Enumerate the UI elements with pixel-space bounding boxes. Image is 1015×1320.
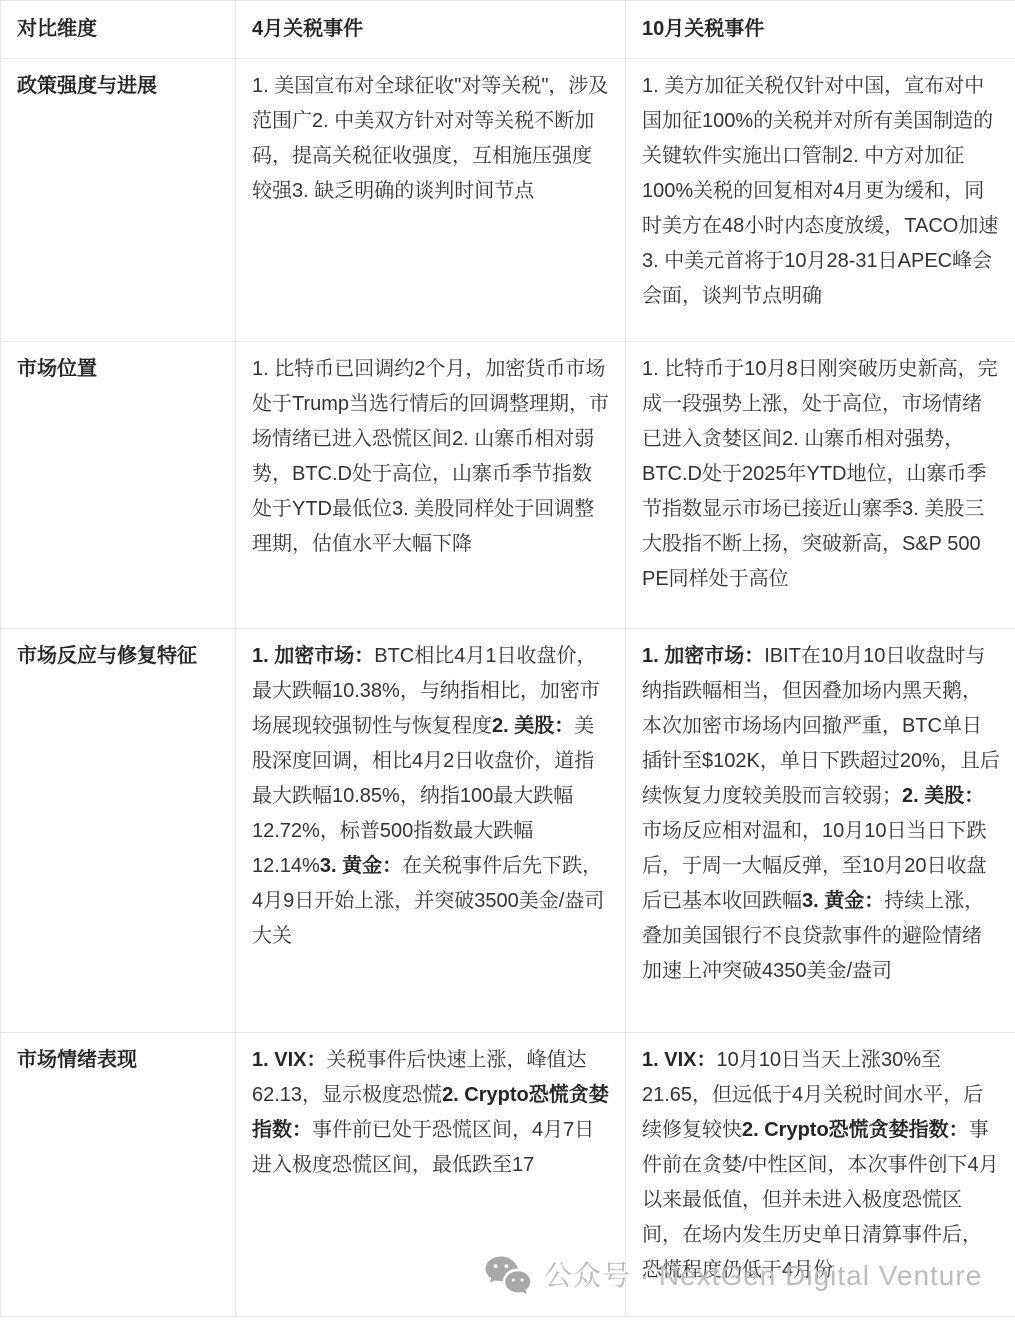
row-market-sentiment-april-cell: 1. VIX：关税事件后快速上涨，峰值达62.13，显示极度恐慌2. Crypt… xyxy=(236,1033,626,1317)
row-policy-dimension-label: 政策强度与进展 xyxy=(1,59,236,342)
header-april-event: 4月关税事件 xyxy=(236,1,626,59)
row-policy-october-cell: 1. 美方加征关税仅针对中国，宣布对中国加征100%的关税并对所有美国制造的关键… xyxy=(626,59,1015,342)
header-october-event: 10月关税事件 xyxy=(626,1,1015,59)
row-market-reaction-april-cell: 1. 加密市场：BTC相比4月1日收盘价，最大跌幅10.38%，与纳指相比，加密… xyxy=(236,629,626,1033)
row-market-position-october-cell: 1. 比特币于10月8日刚突破历史新高，完成一段强势上涨，处于高位，市场情绪已进… xyxy=(626,342,1015,629)
row-policy-april-cell: 1. 美国宣布对全球征收"对等关税"，涉及范围广2. 中美双方针对对等关税不断加… xyxy=(236,59,626,342)
row-market-position-april-cell: 1. 比特币已回调约2个月，加密货币市场处于Trump当选行情后的回调整理期，市… xyxy=(236,342,626,629)
row-market-sentiment-october-cell: 1. VIX：10月10日当天上涨30%至21.65，但远低于4月关税时间水平，… xyxy=(626,1033,1015,1317)
row-market-reaction-october-cell: 1. 加密市场：IBIT在10月10日收盘时与纳指跌幅相当，但因叠加场内黑天鹅，… xyxy=(626,629,1015,1033)
row-market-sentiment-dimension-label: 市场情绪表现 xyxy=(1,1033,236,1317)
comparison-table: 对比维度 4月关税事件 10月关税事件 政策强度与进展 1. 美国宣布对全球征收… xyxy=(0,0,1015,1317)
header-dimension: 对比维度 xyxy=(1,1,236,59)
row-market-position-dimension-label: 市场位置 xyxy=(1,342,236,629)
row-market-reaction-dimension-label: 市场反应与修复特征 xyxy=(1,629,236,1033)
